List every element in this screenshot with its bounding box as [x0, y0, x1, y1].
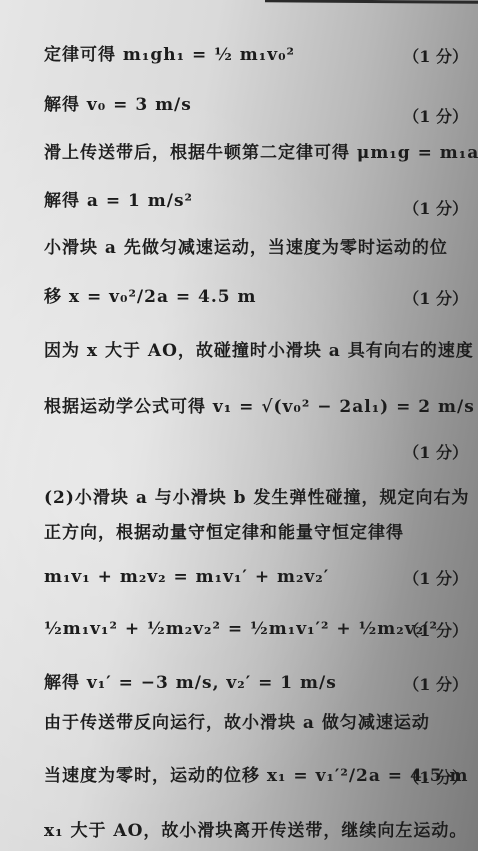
- doc-line-10: (2)小滑块 a 与小滑块 b 发生弹性碰撞，规定向右为: [44, 487, 468, 509]
- score-marker-4: （1 分）: [403, 196, 468, 219]
- score-marker-16: （1 分）: [403, 765, 468, 788]
- score-marker-6: （1 分）: [403, 286, 468, 309]
- score-marker-13: （1 分）: [403, 618, 468, 641]
- score-marker-9: （1 分）: [403, 440, 468, 463]
- doc-line-17: x₁ 大于 AO，故小滑块离开传送带，继续向左运动。: [44, 820, 468, 842]
- doc-line-11: 正方向，根据动量守恒定律和能量守恒定律得: [44, 522, 468, 544]
- score-marker-1: （1 分）: [403, 44, 468, 67]
- score-marker-12: （1 分）: [403, 566, 468, 589]
- doc-line-5: 小滑块 a 先做匀减速运动，当速度为零时运动的位: [44, 237, 468, 259]
- doc-line-15: 由于传送带反向运行，故小滑块 a 做匀减速运动: [44, 712, 468, 734]
- score-marker-14: （1 分）: [403, 672, 468, 695]
- doc-line-8: 根据运动学公式可得 v₁ = √(v₀² − 2al₁) = 2 m/s: [44, 396, 468, 418]
- top-rule-divider: [265, 0, 478, 4]
- doc-line-3: 滑上传送带后，根据牛顿第二定律可得 μm₁g = m₁a: [44, 142, 468, 164]
- doc-line-7: 因为 x 大于 AO，故碰撞时小滑块 a 具有向右的速度: [44, 340, 468, 362]
- score-marker-2: （1 分）: [403, 104, 468, 127]
